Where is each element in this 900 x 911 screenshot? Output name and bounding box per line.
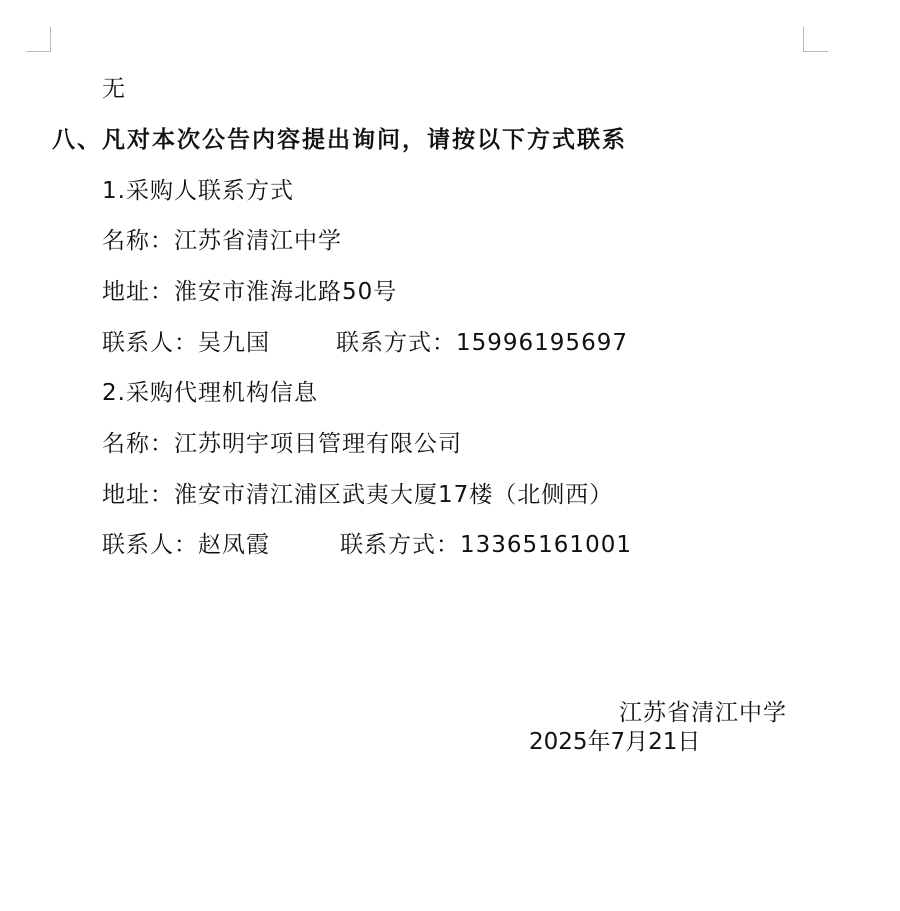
agency-address-label: 地址： xyxy=(102,482,174,508)
agency-contact-line: 联系人：赵凤霞联系方式：13365161001 xyxy=(102,530,632,560)
agency-name-label: 名称： xyxy=(102,431,174,457)
purchaser-contact-label: 联系人： xyxy=(102,330,198,356)
purchaser-contact-value: 吴九国 xyxy=(198,330,270,356)
agency-name-value: 江苏明宇项目管理有限公司 xyxy=(174,431,462,457)
purchaser-name-label: 名称： xyxy=(102,228,174,254)
section-heading: 八、凡对本次公告内容提出询问，请按以下方式联系 xyxy=(52,125,627,155)
agency-phone-value: 13365161001 xyxy=(460,532,632,558)
purchaser-phone-label: 联系方式： xyxy=(336,330,456,356)
page-corner-marker-top-right xyxy=(803,27,828,52)
agency-contact-label: 联系人： xyxy=(102,532,198,558)
purchaser-name-value: 江苏省清江中学 xyxy=(174,228,342,254)
agency-address-value: 淮安市清江浦区武夷大厦17楼（北侧西） xyxy=(174,482,613,508)
signature-organization: 江苏省清江中学 xyxy=(619,698,787,728)
purchaser-title: 1.采购人联系方式 xyxy=(102,176,294,206)
agency-phone-label: 联系方式： xyxy=(340,532,460,558)
purchaser-phone-value: 15996195697 xyxy=(456,330,628,356)
purchaser-name-line: 名称：江苏省清江中学 xyxy=(102,226,342,256)
purchaser-address-line: 地址：淮安市淮海北路50号 xyxy=(102,277,397,307)
agency-title: 2.采购代理机构信息 xyxy=(102,378,318,408)
purchaser-address-label: 地址： xyxy=(102,279,174,305)
purchaser-contact-line: 联系人：吴九国联系方式：15996195697 xyxy=(102,328,628,358)
none-text: 无 xyxy=(102,74,126,104)
purchaser-address-value: 淮安市淮海北路50号 xyxy=(174,279,397,305)
agency-name-line: 名称：江苏明宇项目管理有限公司 xyxy=(102,429,462,459)
agency-address-line: 地址：淮安市清江浦区武夷大厦17楼（北侧西） xyxy=(102,480,613,510)
agency-contact-value: 赵凤霞 xyxy=(198,532,270,558)
signature-date: 2025年7月21日 xyxy=(529,727,700,757)
page-corner-marker-top-left xyxy=(26,27,51,52)
